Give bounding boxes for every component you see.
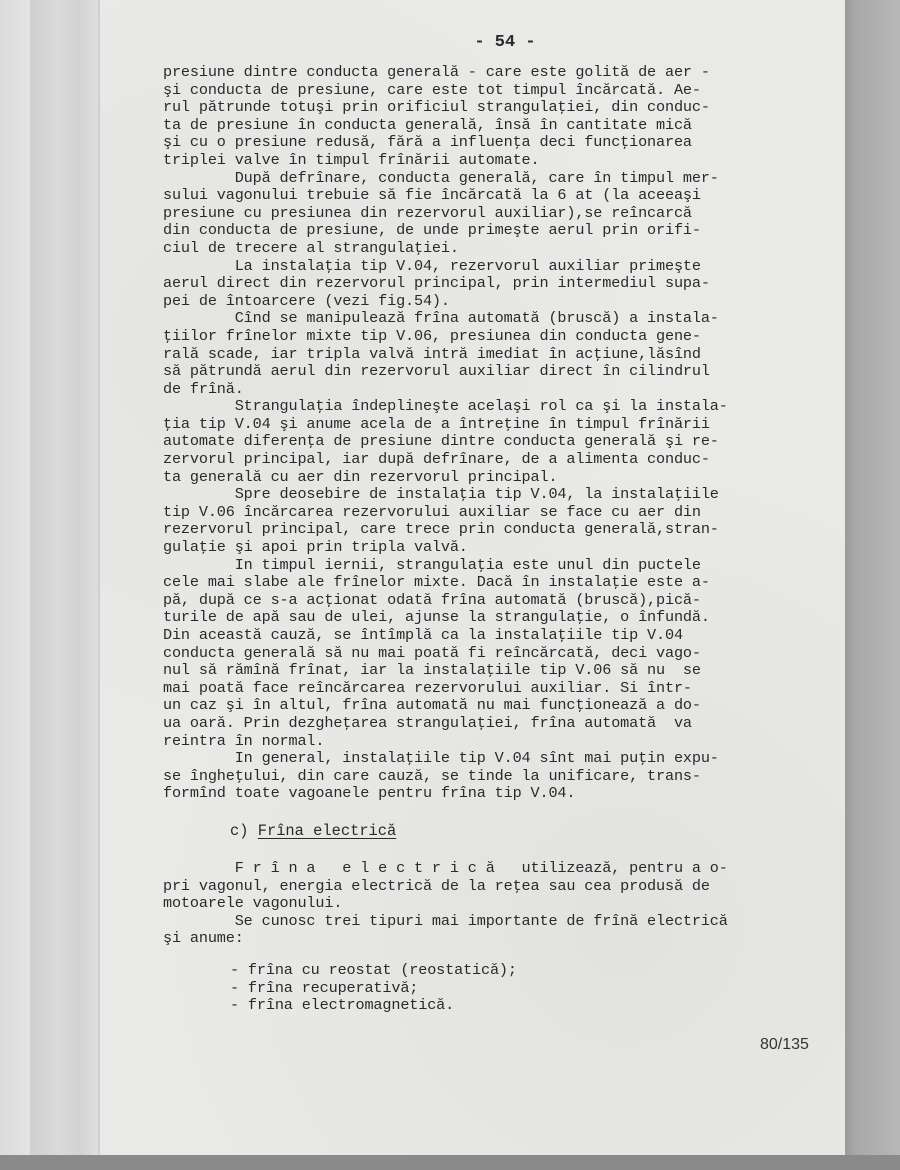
text-line: presiune dintre conducta generală - care…: [163, 64, 728, 82]
text-line: conducta generală să nu mai poată fi reî…: [163, 645, 728, 663]
text-line: ciul de trecere al strangulaţiei.: [163, 240, 728, 258]
text-line: de frînă.: [163, 381, 728, 399]
text-line: pei de întoarcere (vezi fig.54).: [163, 293, 728, 311]
text-line: şi conducta de presiune, care este tot t…: [163, 82, 728, 100]
text-line: turile de apă sau de ulei, ajunse la str…: [163, 609, 728, 627]
brake-types-list: - frîna cu reostat (reostatică);- frîna …: [230, 962, 517, 1015]
text-line: Se cunosc trei tipuri mai importante de …: [163, 913, 728, 931]
scan-page-indicator: 80/135: [760, 1036, 809, 1054]
text-line: ţia tip V.04 şi anume acela de a întreţi…: [163, 416, 728, 434]
text-line: şi anume:: [163, 930, 728, 948]
scan-background-right: [845, 0, 900, 1170]
section-heading-prefix: c): [230, 822, 258, 840]
text-line: triplei valve în timpul frînării automat…: [163, 152, 728, 170]
body-text-block-2: F r î n a e l e c t r i c ă utilizează, …: [163, 860, 728, 948]
section-heading: c) Frîna electrică: [230, 822, 396, 840]
text-line: cele mai slabe ale frînelor mixte. Dacă …: [163, 574, 728, 592]
text-line: După defrînare, conducta generală, care …: [163, 170, 728, 188]
page-number: - 54 -: [165, 33, 845, 52]
text-line: un caz şi în altul, frîna automată nu ma…: [163, 697, 728, 715]
text-line: ua oară. Prin dezgheţarea strangulaţiei,…: [163, 715, 728, 733]
text-line: Spre deosebire de instalaţia tip V.04, l…: [163, 486, 728, 504]
text-line: zervorul principal, iar după defrînare, …: [163, 451, 728, 469]
scan-background-bottom: [0, 1155, 900, 1170]
text-line: sului vagonului trebuie să fie încărcată…: [163, 187, 728, 205]
text-line: In general, instalaţiile tip V.04 sînt m…: [163, 750, 728, 768]
text-line: reintra în normal.: [163, 733, 728, 751]
text-line: tip V.06 încărcarea rezervorului auxilia…: [163, 504, 728, 522]
text-line: formînd toate vagoanele pentru frîna tip…: [163, 785, 728, 803]
text-line: nul să rămînă frînat, iar la instalaţiil…: [163, 662, 728, 680]
text-line: să pătrundă aerul din rezervorul auxilia…: [163, 363, 728, 381]
text-line: automate diferenţa de presiune dintre co…: [163, 433, 728, 451]
section-heading-title: Frîna electrică: [258, 822, 397, 840]
list-item: - frîna recuperativă;: [230, 980, 517, 998]
text-line: pri vagonul, energia electrică de la reţ…: [163, 878, 728, 896]
text-line: La instalaţia tip V.04, rezervorul auxil…: [163, 258, 728, 276]
book-page-edges: [30, 0, 101, 1160]
text-line: presiune cu presiunea din rezervorul aux…: [163, 205, 728, 223]
text-line: ţiilor frînelor mixte tip V.06, presiune…: [163, 328, 728, 346]
text-line: motoarele vagonului.: [163, 895, 728, 913]
body-text-block-1: presiune dintre conducta generală - care…: [163, 64, 728, 803]
text-line: pă, după ce s-a acţionat odată frîna aut…: [163, 592, 728, 610]
list-item: - frîna electromagnetică.: [230, 997, 517, 1015]
text-line: ta generală cu aer din rezervorul princi…: [163, 469, 728, 487]
text-line: din conducta de presiune, de unde primeş…: [163, 222, 728, 240]
text-line: aerul direct din rezervorul principal, p…: [163, 275, 728, 293]
text-line: se îngheţului, din care cauză, se tinde …: [163, 768, 728, 786]
text-line: şi cu o presiune redusă, fără a influenţ…: [163, 134, 728, 152]
text-line: Strangulaţia îndeplineşte acelaşi rol ca…: [163, 398, 728, 416]
text-line: F r î n a e l e c t r i c ă utilizează, …: [163, 860, 728, 878]
text-line: rală scade, iar tripla valvă intră imedi…: [163, 346, 728, 364]
text-line: Din această cauză, se întîmplă ca la ins…: [163, 627, 728, 645]
text-line: In timpul iernii, strangulaţia este unul…: [163, 557, 728, 575]
text-line: gulaţie şi apoi prin tripla valvă.: [163, 539, 728, 557]
text-line: rezervorul principal, care trece prin co…: [163, 521, 728, 539]
text-line: mai poată face reîncărcarea rezervorului…: [163, 680, 728, 698]
text-line: Cînd se manipulează frîna automată (brus…: [163, 310, 728, 328]
list-item: - frîna cu reostat (reostatică);: [230, 962, 517, 980]
text-line: rul pătrunde totuşi prin orificiul stran…: [163, 99, 728, 117]
text-line: ta de presiune în conducta generală, îns…: [163, 117, 728, 135]
